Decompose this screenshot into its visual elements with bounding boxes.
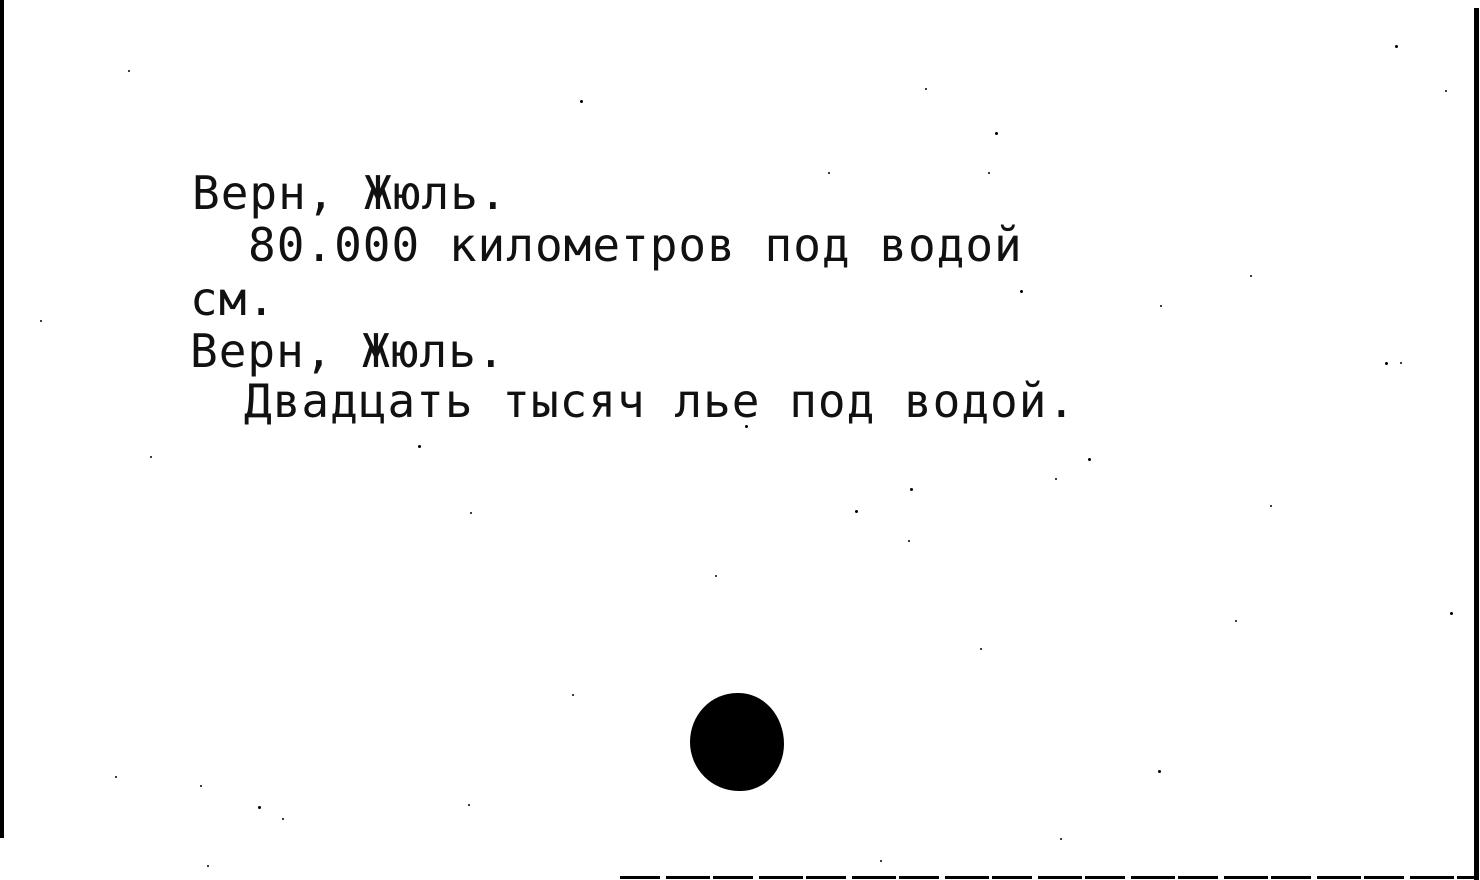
scan-speck: [980, 648, 982, 650]
scan-speck: [1020, 290, 1023, 293]
scan-speck: [207, 865, 209, 867]
scan-speck: [1235, 620, 1237, 622]
scan-speck: [1250, 275, 1252, 277]
scan-speck: [1158, 770, 1161, 773]
punch-hole: [690, 693, 784, 791]
scan-speck: [200, 785, 202, 787]
author-heading: Верн, Жюль.: [192, 170, 508, 216]
scan-speck: [1270, 505, 1272, 507]
scan-speck: [880, 860, 882, 862]
card-left-edge: [0, 0, 4, 838]
scan-speck: [855, 510, 858, 513]
scan-speck: [1088, 458, 1091, 461]
scan-speck: [1160, 305, 1162, 307]
scan-speck: [258, 806, 261, 809]
catalog-card: Верн, Жюль. 80.000 километров под водой …: [0, 0, 1480, 880]
scan-speck: [1060, 838, 1062, 840]
scan-speck: [1385, 362, 1388, 365]
scan-speck: [1450, 612, 1453, 615]
see-reference-marker: см.: [190, 276, 276, 322]
see-title-line: Двадцать тысяч лье под водой.: [244, 378, 1076, 424]
scan-speck: [468, 804, 470, 806]
scan-speck: [995, 132, 998, 135]
scan-speck: [470, 512, 472, 514]
scan-speck: [1400, 362, 1402, 364]
scan-speck: [715, 575, 717, 577]
scan-speck: [1055, 478, 1057, 480]
scan-speck: [572, 694, 574, 696]
title-line: 80.000 километров под водой: [248, 222, 1023, 268]
scan-speck: [128, 70, 130, 72]
scan-speck: [745, 425, 748, 428]
scan-speck: [150, 456, 152, 458]
scan-speck: [925, 88, 927, 90]
card-right-edge: [1474, 8, 1479, 880]
scan-speck: [115, 776, 117, 778]
scan-speck: [1395, 45, 1398, 48]
see-author-heading: Верн, Жюль.: [190, 328, 506, 374]
scan-speck: [828, 172, 830, 174]
scan-speck: [988, 172, 990, 174]
scan-speck: [908, 540, 910, 542]
scan-speck: [580, 100, 583, 103]
scan-speck: [418, 445, 421, 448]
scan-speck: [40, 320, 42, 322]
scan-speck: [282, 818, 284, 820]
card-bottom-edge: [620, 876, 1478, 879]
scan-speck: [1445, 90, 1447, 92]
scan-speck: [910, 488, 913, 491]
